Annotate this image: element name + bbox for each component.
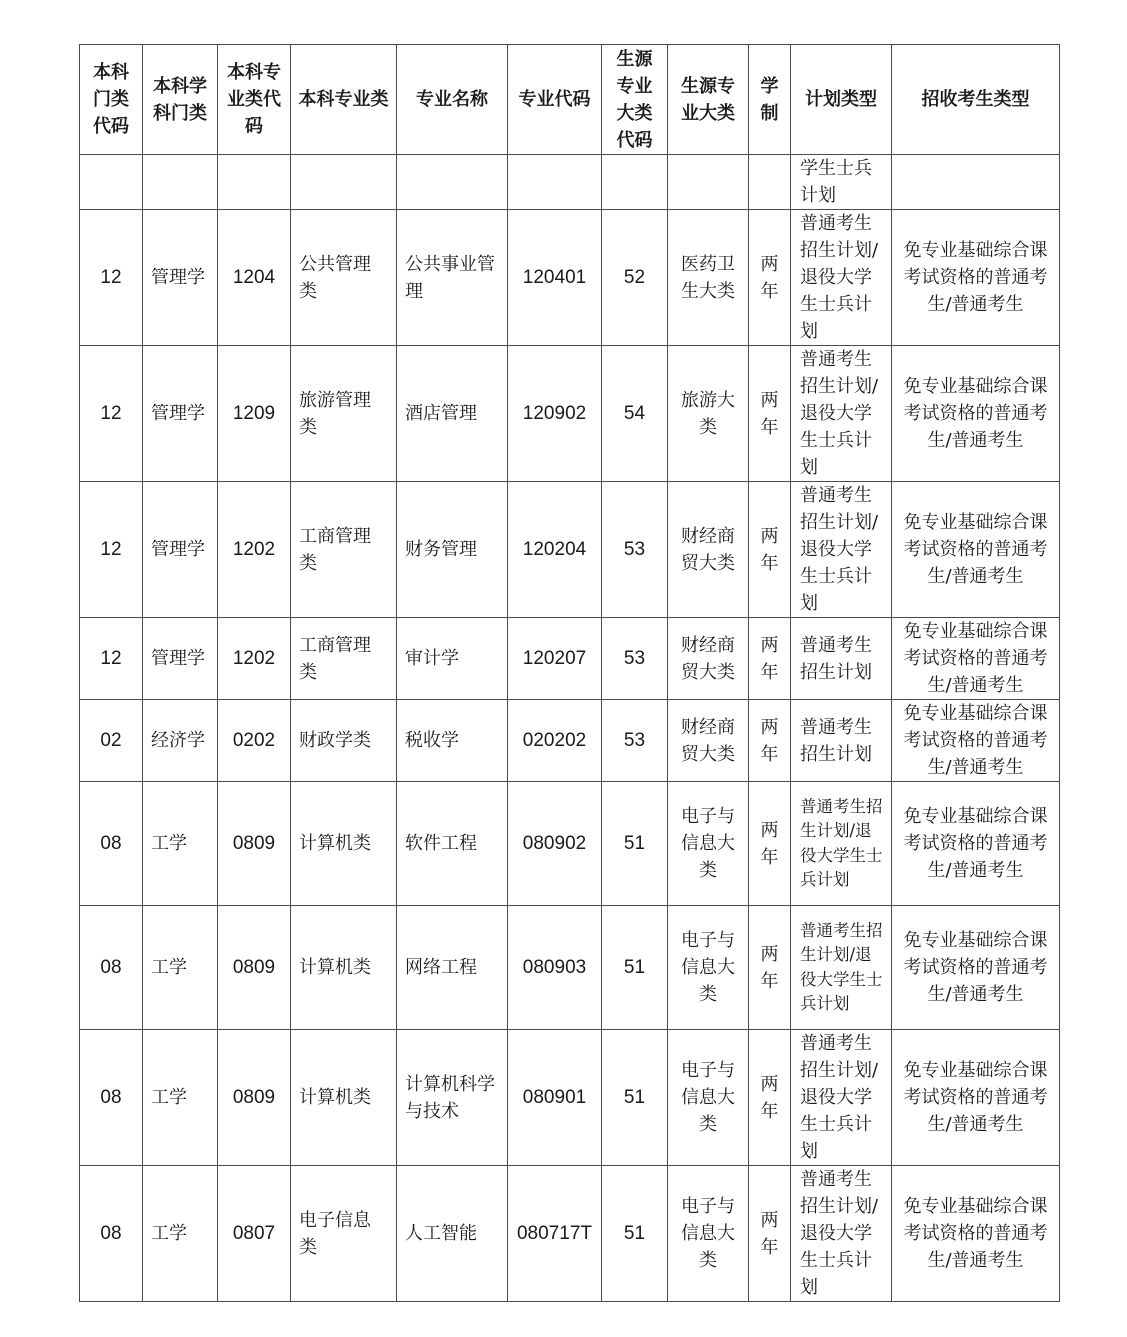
cell-source-class-code: 54	[602, 346, 668, 482]
cell-major-name: 税收学	[397, 700, 508, 782]
cell-source-class: 电子与信息大类	[668, 906, 749, 1030]
table-row: 12 管理学 1204 公共管理类 公共事业管理 120401 52 医药卫生大…	[80, 210, 1060, 346]
cell-source-class-code: 51	[602, 1166, 668, 1302]
cell-source-class: 电子与信息大类	[668, 782, 749, 906]
cell-duration: 两年	[749, 782, 791, 906]
cell-discipline: 工学	[143, 1166, 218, 1302]
cell-major-class-code: 0202	[218, 700, 291, 782]
cell-plan-type: 普通考生招生计划/退役大学生士兵计划	[791, 782, 892, 906]
header-duration: 学制	[749, 45, 791, 155]
cell-source-class-code: 53	[602, 618, 668, 700]
cell-major-name: 公共事业管理	[397, 210, 508, 346]
cell-major-class-code: 1202	[218, 482, 291, 618]
cell-duration: 两年	[749, 210, 791, 346]
table-row: 12 管理学 1202 工商管理类 审计学 120207 53 财经商贸大类 两…	[80, 618, 1060, 700]
cell-duration: 两年	[749, 700, 791, 782]
cell-empty	[291, 155, 397, 210]
cell-source-class: 电子与信息大类	[668, 1166, 749, 1302]
cell-source-class: 电子与信息大类	[668, 1030, 749, 1166]
cell-category-code: 12	[80, 482, 143, 618]
cell-plan-type: 普通考生招生计划/退役大学生士兵计划	[791, 906, 892, 1030]
header-major-class-code: 本科专业类代码	[218, 45, 291, 155]
cell-duration: 两年	[749, 618, 791, 700]
cell-duration: 两年	[749, 346, 791, 482]
cell-category-code: 12	[80, 346, 143, 482]
cell-candidate-type: 免专业基础综合课考试资格的普通考生/普通考生	[892, 1030, 1060, 1166]
cell-candidate-type: 免专业基础综合课考试资格的普通考生/普通考生	[892, 210, 1060, 346]
cell-major-code: 120902	[508, 346, 602, 482]
cell-candidate-type: 免专业基础综合课考试资格的普通考生/普通考生	[892, 1166, 1060, 1302]
cell-major-class: 财政学类	[291, 700, 397, 782]
cell-discipline: 工学	[143, 782, 218, 906]
table-row: 12 管理学 1209 旅游管理类 酒店管理 120902 54 旅游大类 两年…	[80, 346, 1060, 482]
table-row: 02 经济学 0202 财政学类 税收学 020202 53 财经商贸大类 两年…	[80, 700, 1060, 782]
cell-major-name: 人工智能	[397, 1166, 508, 1302]
cell-major-name: 财务管理	[397, 482, 508, 618]
cell-major-class: 旅游管理类	[291, 346, 397, 482]
cell-duration: 两年	[749, 1166, 791, 1302]
cell-plan-type: 普通考生招生计划	[791, 700, 892, 782]
cell-major-name: 酒店管理	[397, 346, 508, 482]
cell-discipline: 工学	[143, 1030, 218, 1166]
cell-source-class-code: 51	[602, 782, 668, 906]
cell-major-code: 080902	[508, 782, 602, 906]
cell-candidate-type: 免专业基础综合课考试资格的普通考生/普通考生	[892, 618, 1060, 700]
cell-discipline: 管理学	[143, 482, 218, 618]
cell-discipline: 管理学	[143, 618, 218, 700]
cell-plan-type: 普通考生招生计划/退役大学生士兵计划	[791, 346, 892, 482]
header-major-name: 专业名称	[397, 45, 508, 155]
table-row: 12 管理学 1202 工商管理类 财务管理 120204 53 财经商贸大类 …	[80, 482, 1060, 618]
cell-major-class-code: 0809	[218, 1030, 291, 1166]
cell-source-class: 旅游大类	[668, 346, 749, 482]
cell-category-code: 08	[80, 1166, 143, 1302]
cell-category-code: 12	[80, 210, 143, 346]
header-candidate-type: 招收考生类型	[892, 45, 1060, 155]
cell-duration: 两年	[749, 1030, 791, 1166]
cell-discipline: 经济学	[143, 700, 218, 782]
cell-candidate-type: 免专业基础综合课考试资格的普通考生/普通考生	[892, 482, 1060, 618]
cell-empty	[397, 155, 508, 210]
header-source-class: 生源专业大类	[668, 45, 749, 155]
cell-plan-type: 普通考生招生计划/退役大学生士兵计划	[791, 1030, 892, 1166]
table-row: 08 工学 0809 计算机类 软件工程 080902 51 电子与信息大类 两…	[80, 782, 1060, 906]
table-row-continuation: 学生士兵计划	[80, 155, 1060, 210]
header-category-code: 本科门类代码	[80, 45, 143, 155]
cell-major-name: 审计学	[397, 618, 508, 700]
cell-major-class: 计算机类	[291, 1030, 397, 1166]
cell-major-code: 080901	[508, 1030, 602, 1166]
cell-empty	[892, 155, 1060, 210]
cell-major-code: 120401	[508, 210, 602, 346]
cell-candidate-type: 免专业基础综合课考试资格的普通考生/普通考生	[892, 700, 1060, 782]
cell-major-class-code: 0809	[218, 906, 291, 1030]
cell-major-name: 软件工程	[397, 782, 508, 906]
cell-major-class: 电子信息类	[291, 1166, 397, 1302]
cell-source-class-code: 51	[602, 1030, 668, 1166]
cell-plan-type: 学生士兵计划	[791, 155, 892, 210]
enrollment-plan-table: 本科门类代码 本科学科门类 本科专业类代码 本科专业类 专业名称 专业代码 生源…	[79, 44, 1060, 1302]
cell-plan-type: 普通考生招生计划	[791, 618, 892, 700]
cell-source-class-code: 53	[602, 700, 668, 782]
cell-major-class-code: 1202	[218, 618, 291, 700]
cell-empty	[749, 155, 791, 210]
cell-major-class-code: 1204	[218, 210, 291, 346]
table-row: 08 工学 0809 计算机类 网络工程 080903 51 电子与信息大类 两…	[80, 906, 1060, 1030]
cell-discipline: 管理学	[143, 210, 218, 346]
cell-empty	[143, 155, 218, 210]
header-major-class: 本科专业类	[291, 45, 397, 155]
table-row: 08 工学 0809 计算机类 计算机科学与技术 080901 51 电子与信息…	[80, 1030, 1060, 1166]
cell-source-class: 财经商贸大类	[668, 482, 749, 618]
cell-major-code: 120207	[508, 618, 602, 700]
header-major-code: 专业代码	[508, 45, 602, 155]
cell-category-code: 08	[80, 782, 143, 906]
cell-major-class: 工商管理类	[291, 482, 397, 618]
cell-empty	[668, 155, 749, 210]
table-row: 08 工学 0807 电子信息类 人工智能 080717T 51 电子与信息大类…	[80, 1166, 1060, 1302]
cell-source-class: 医药卫生大类	[668, 210, 749, 346]
cell-major-name: 网络工程	[397, 906, 508, 1030]
cell-empty	[602, 155, 668, 210]
cell-empty	[508, 155, 602, 210]
cell-source-class: 财经商贸大类	[668, 700, 749, 782]
cell-major-class-code: 0807	[218, 1166, 291, 1302]
cell-plan-type: 普通考生招生计划/退役大学生士兵计划	[791, 210, 892, 346]
cell-source-class-code: 52	[602, 210, 668, 346]
cell-major-code: 120204	[508, 482, 602, 618]
cell-candidate-type: 免专业基础综合课考试资格的普通考生/普通考生	[892, 346, 1060, 482]
cell-plan-type: 普通考生招生计划/退役大学生士兵计划	[791, 1166, 892, 1302]
cell-major-class: 计算机类	[291, 906, 397, 1030]
header-row: 本科门类代码 本科学科门类 本科专业类代码 本科专业类 专业名称 专业代码 生源…	[80, 45, 1060, 155]
header-source-class-code: 生源专业大类代码	[602, 45, 668, 155]
cell-major-class-code: 1209	[218, 346, 291, 482]
cell-major-class: 公共管理类	[291, 210, 397, 346]
cell-major-name: 计算机科学与技术	[397, 1030, 508, 1166]
cell-duration: 两年	[749, 482, 791, 618]
cell-category-code: 08	[80, 906, 143, 1030]
cell-source-class-code: 53	[602, 482, 668, 618]
cell-discipline: 工学	[143, 906, 218, 1030]
cell-candidate-type: 免专业基础综合课考试资格的普通考生/普通考生	[892, 782, 1060, 906]
cell-major-code: 080903	[508, 906, 602, 1030]
cell-empty	[80, 155, 143, 210]
cell-source-class-code: 51	[602, 906, 668, 1030]
cell-major-class-code: 0809	[218, 782, 291, 906]
cell-major-class: 计算机类	[291, 782, 397, 906]
cell-category-code: 12	[80, 618, 143, 700]
cell-category-code: 08	[80, 1030, 143, 1166]
cell-major-class: 工商管理类	[291, 618, 397, 700]
cell-discipline: 管理学	[143, 346, 218, 482]
cell-major-code: 020202	[508, 700, 602, 782]
cell-major-code: 080717T	[508, 1166, 602, 1302]
cell-empty	[218, 155, 291, 210]
header-discipline: 本科学科门类	[143, 45, 218, 155]
header-plan-type: 计划类型	[791, 45, 892, 155]
cell-source-class: 财经商贸大类	[668, 618, 749, 700]
cell-category-code: 02	[80, 700, 143, 782]
cell-candidate-type: 免专业基础综合课考试资格的普通考生/普通考生	[892, 906, 1060, 1030]
cell-duration: 两年	[749, 906, 791, 1030]
cell-plan-type: 普通考生招生计划/退役大学生士兵计划	[791, 482, 892, 618]
